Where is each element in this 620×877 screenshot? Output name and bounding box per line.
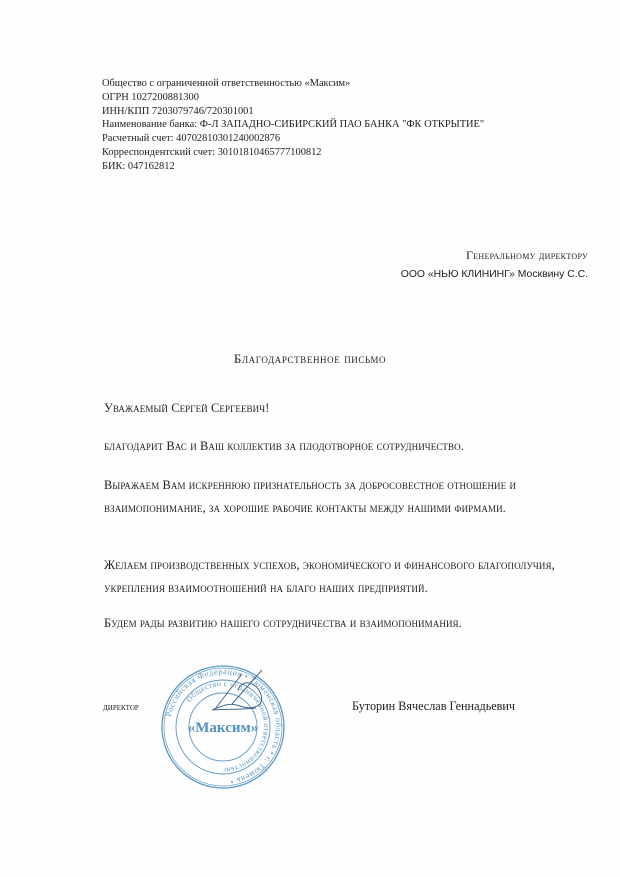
company-requisites: Общество с ограниченной ответственностью… <box>102 77 484 174</box>
paragraph: Будем рады развитию нашего сотрудничеств… <box>104 612 604 635</box>
addressee-recipient: ООО «НЬЮ КЛИНИНГ» Москвину С.С. <box>401 265 588 285</box>
signatory-name: Буторин Вячеслав Геннадьевич <box>352 699 515 714</box>
greeting: Уважаемый Сергей Сергеевич! <box>104 397 604 420</box>
paragraph: благодарит Вас и Ваш коллектив за плодот… <box>104 435 604 458</box>
ogrn: ОГРН 1027200881300 <box>102 91 484 105</box>
addressee-position: Генеральному директору <box>401 245 588 265</box>
stamp-seal-icon: Российская Федерация • Тюменская область… <box>160 664 286 790</box>
paragraph: Выражаем Вам искреннюю признательность з… <box>104 474 594 519</box>
letter-page: Общество с ограниченной ответственностью… <box>0 0 620 877</box>
addressee-block: Генеральному директору ООО «НЬЮ КЛИНИНГ»… <box>401 245 588 285</box>
company-name: Общество с ограниченной ответственностью… <box>102 77 484 91</box>
correspondent-account: Корреспондентский счет: 3010181046577710… <box>102 146 484 160</box>
inn-kpp: ИНН/КПП 7203079746/720301001 <box>102 105 484 119</box>
letter-title: Благодарственное письмо <box>0 351 620 367</box>
bank-name: Наименование банка: Ф-Л ЗАПАДНО-СИБИРСКИ… <box>102 118 484 132</box>
svg-text:«Максим»: «Максим» <box>188 720 258 736</box>
bik: БИК: 047162812 <box>102 160 484 174</box>
signatory-role: директор <box>103 702 139 713</box>
settlement-account: Расчетный счет: 40702810301240002876 <box>102 132 484 146</box>
paragraph: Желаем производственных успехов, экономи… <box>104 554 609 599</box>
company-stamp: Российская Федерация • Тюменская область… <box>160 664 286 790</box>
